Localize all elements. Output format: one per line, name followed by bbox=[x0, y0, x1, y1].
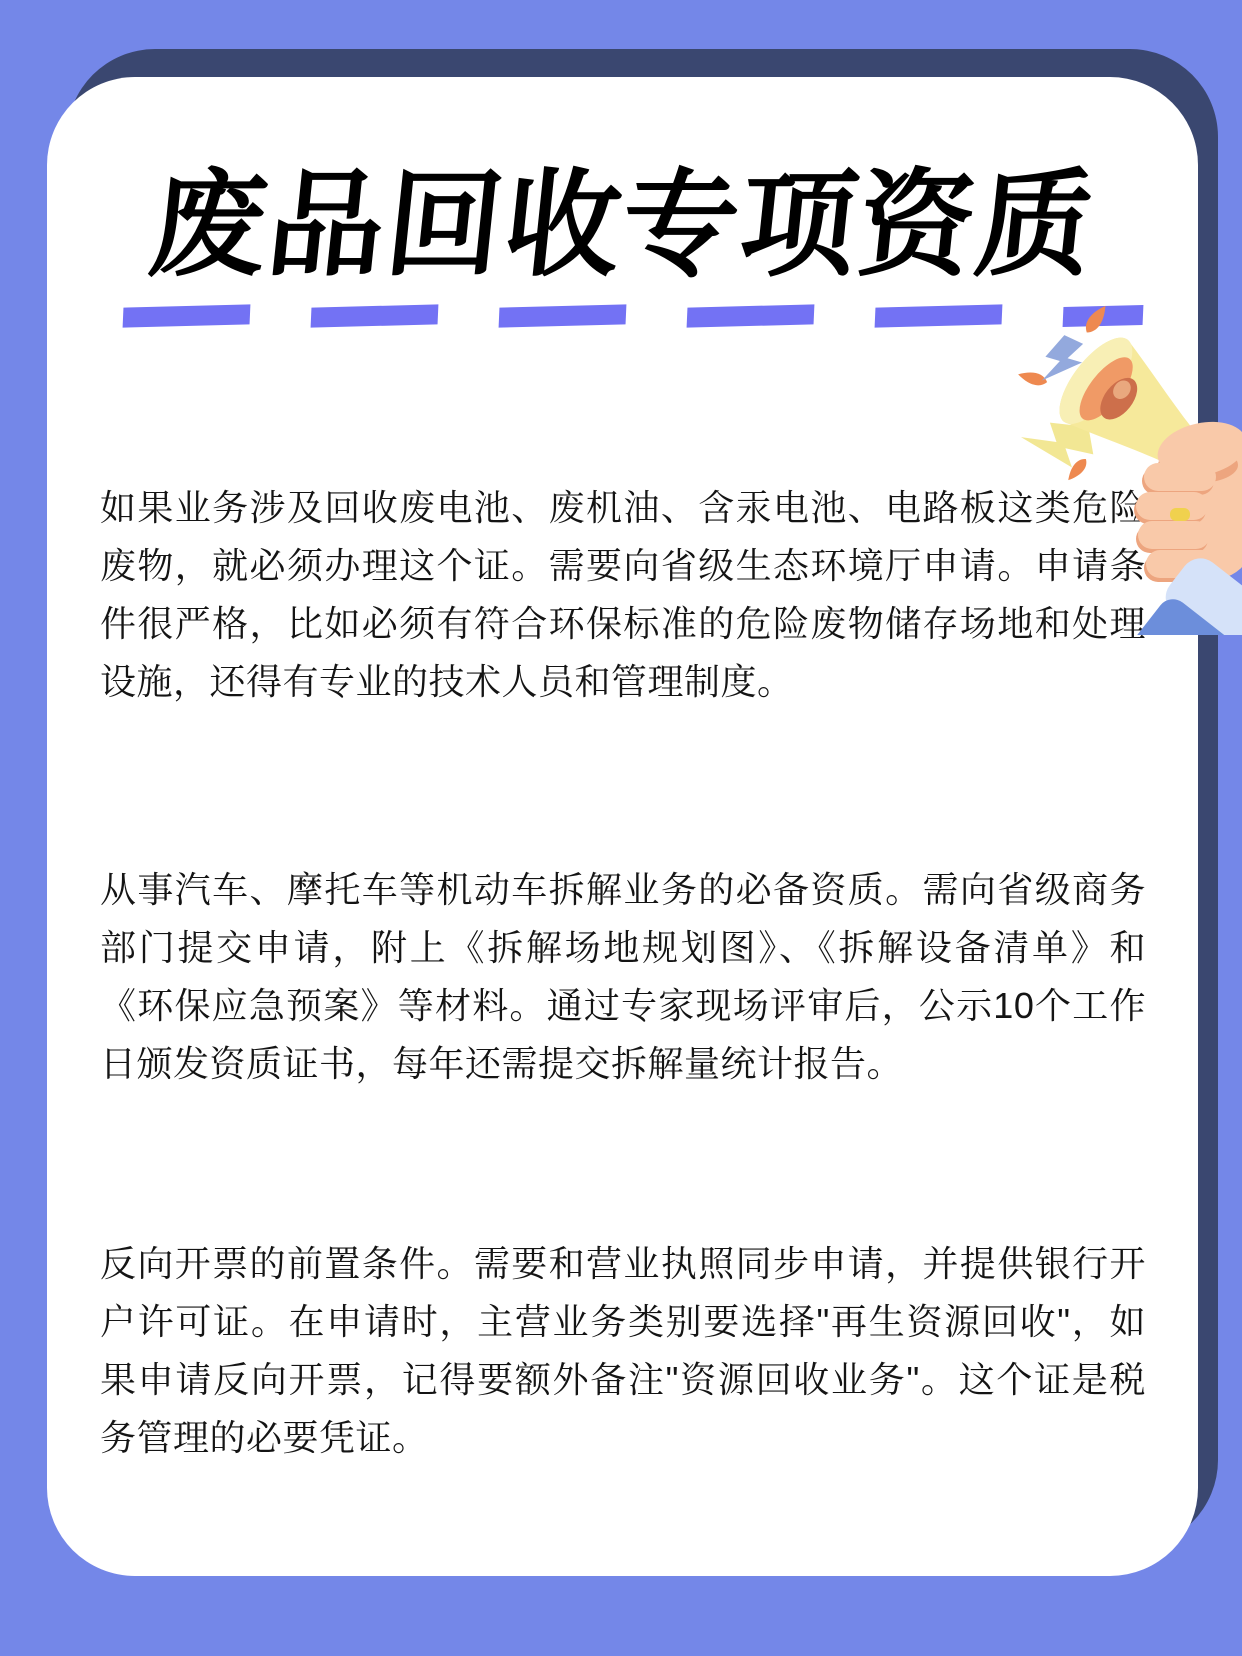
page-background: { "poster": { "title": "废品回收专项资质", "para… bbox=[0, 0, 1242, 1656]
title-underline-dash bbox=[123, 304, 251, 327]
title-underline-dash bbox=[499, 304, 627, 327]
title-underline-dash bbox=[687, 304, 815, 327]
title-underline-dash bbox=[311, 304, 439, 327]
paragraph-vehicle-dismantling-qualification: 从事汽车、摩托车等机动车拆解业务的必备资质。需向省级商务部门提交申请，附上《拆解… bbox=[100, 861, 1146, 1093]
megaphone-icon bbox=[940, 295, 1242, 635]
poster-title: 废品回收专项资质 bbox=[40, 161, 1205, 291]
paragraph-reverse-invoicing-certificate: 反向开票的前置条件。需要和营业执照同步申请，并提供银行开户许可证。在申请时，主营… bbox=[100, 1235, 1146, 1467]
